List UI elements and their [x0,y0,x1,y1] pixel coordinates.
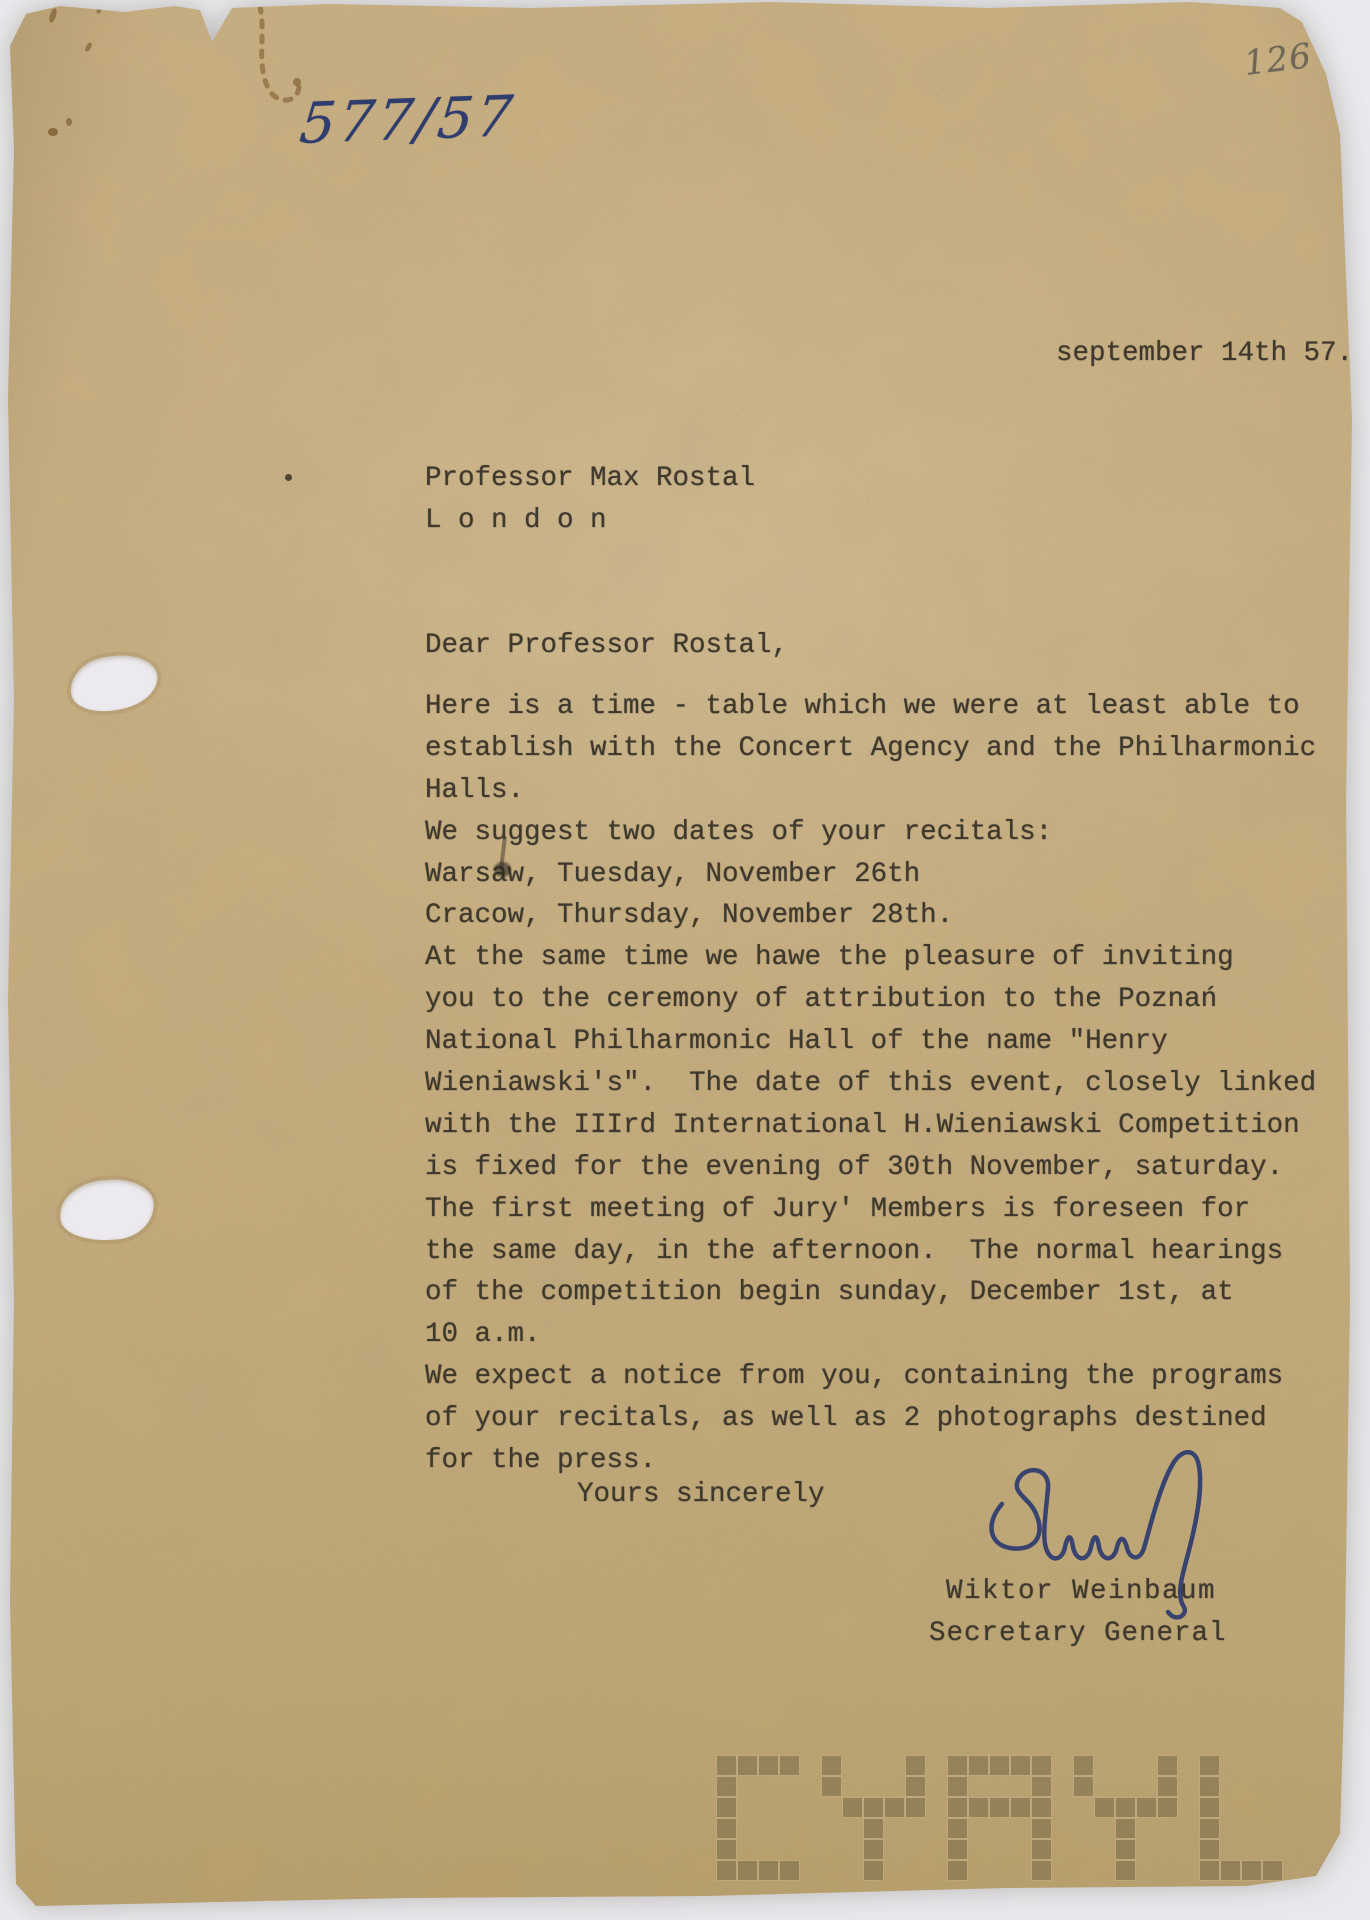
watermark-block [1199,1797,1220,1818]
body-line: The first meeting of Jury' Members is fo… [425,1189,1316,1231]
watermark-block [758,1755,779,1776]
watermark-block [1199,1776,1220,1797]
stain-speck [48,128,58,136]
watermark-block [716,1860,737,1881]
watermark-block [1031,1755,1052,1776]
stain-speck [285,474,292,481]
watermark-block [1199,1755,1220,1776]
watermark-block [758,1860,779,1881]
watermark-block [947,1776,968,1797]
stain-speck [66,118,72,126]
cyryl-watermark [716,1755,1283,1881]
signature-title: Secretary General [929,1618,1227,1649]
watermark-block [947,1860,968,1881]
body-line: is fixed for the evening of 30th Novembe… [425,1147,1316,1189]
watermark-letter [716,1755,800,1881]
body-line: the same day, in the afternoon. The norm… [425,1231,1316,1273]
watermark-block [1031,1839,1052,1860]
watermark-block [947,1818,968,1839]
watermark-block [821,1755,842,1776]
watermark-block [1157,1797,1178,1818]
watermark-block [1031,1818,1052,1839]
body-line: Cracow, Thursday, November 28th. [425,895,1316,937]
watermark-block [779,1755,800,1776]
ink-smudge-mark [494,862,511,877]
letter-paper: 577/57 126 september 14th 57. Professor … [0,0,1370,1920]
watermark-block [905,1797,926,1818]
watermark-letter [947,1755,1052,1881]
watermark-block [1073,1755,1094,1776]
watermark-block [1115,1797,1136,1818]
watermark-block [863,1860,884,1881]
date-line: september 14th 57. [1056,338,1353,369]
watermark-block [1199,1818,1220,1839]
letter-body: Here is a time - table which we were at … [425,686,1316,1482]
watermark-block [989,1755,1010,1776]
watermark-block [1115,1839,1136,1860]
watermark-block [1031,1776,1052,1797]
watermark-block [716,1755,737,1776]
watermark-block [947,1755,968,1776]
watermark-block [1199,1839,1220,1860]
watermark-block [905,1755,926,1776]
paper-hole [66,649,161,716]
watermark-block [1241,1860,1262,1881]
body-line: Warsaw, Tuesday, November 26th [425,854,1316,896]
scanned-letter-page: { "letter": { "archival_number": "577/57… [0,0,1370,1920]
body-line: We suggest two dates of your recitals: [425,812,1316,854]
body-line: you to the ceremony of attribution to th… [425,979,1316,1021]
body-line: We expect a notice from you, containing … [425,1356,1316,1398]
body-line: Here is a time - table which we were at … [425,686,1316,728]
watermark-block [947,1797,968,1818]
watermark-block [1115,1818,1136,1839]
body-line: National Philharmonic Hall of the name "… [425,1021,1316,1063]
body-line: with the IIIrd International H.Wieniawsk… [425,1105,1316,1147]
body-line: At the same time we hawe the pleasure of… [425,937,1316,979]
closing-line: Yours sincerely [577,1479,825,1510]
body-line: Halls. [425,770,1316,812]
stain-speck [48,7,58,23]
watermark-block [842,1797,863,1818]
stain-speck [84,41,93,52]
watermark-block [737,1860,758,1881]
watermark-letter [1073,1755,1178,1881]
watermark-block [1220,1860,1241,1881]
watermark-block [947,1839,968,1860]
watermark-block [1010,1797,1031,1818]
watermark-block [968,1797,989,1818]
paper-shadow-wrap: 577/57 126 september 14th 57. Professor … [0,0,1370,1920]
body-line: Wieniawski's". The date of this event, c… [425,1063,1316,1105]
watermark-block [821,1776,842,1797]
watermark-block [863,1818,884,1839]
watermark-block [863,1839,884,1860]
watermark-block [884,1797,905,1818]
page-number-pencil: 126 [1242,36,1314,84]
watermark-block [863,1797,884,1818]
watermark-block [1073,1776,1094,1797]
signature-ink [972,1442,1262,1642]
watermark-block [716,1797,737,1818]
archival-number-handwritten: 577/57 [297,84,519,157]
recipient-block: Professor Max RostalL o n d o n [425,458,755,542]
watermark-block [1157,1755,1178,1776]
watermark-block [737,1755,758,1776]
watermark-letter [821,1755,926,1881]
watermark-block [1157,1776,1178,1797]
paper-hole [58,1177,156,1243]
watermark-block [968,1755,989,1776]
watermark-block [1031,1797,1052,1818]
body-line: 10 a.m. [425,1314,1316,1356]
watermark-block [1199,1860,1220,1881]
watermark-block [1115,1860,1136,1881]
recipient-line: Professor Max Rostal [425,458,755,500]
body-line: of your recitals, as well as 2 photograp… [425,1398,1316,1440]
watermark-block [1136,1797,1157,1818]
signature-name: Wiktor Weinbaum [946,1576,1216,1607]
rust-stain-mark [228,0,328,130]
watermark-block [1262,1860,1283,1881]
watermark-block [716,1818,737,1839]
body-line: establish with the Concert Agency and th… [425,728,1316,770]
recipient-line: L o n d o n [425,500,755,542]
watermark-block [1031,1860,1052,1881]
stain-speck [96,2,104,15]
watermark-block [905,1776,926,1797]
salutation: Dear Professor Rostal, [425,630,788,661]
watermark-block [1094,1797,1115,1818]
watermark-block [716,1776,737,1797]
watermark-block [779,1860,800,1881]
watermark-block [716,1839,737,1860]
body-line: of the competition begin sunday, Decembe… [425,1272,1316,1314]
watermark-letter [1199,1755,1283,1881]
watermark-block [1010,1755,1031,1776]
watermark-block [989,1797,1010,1818]
